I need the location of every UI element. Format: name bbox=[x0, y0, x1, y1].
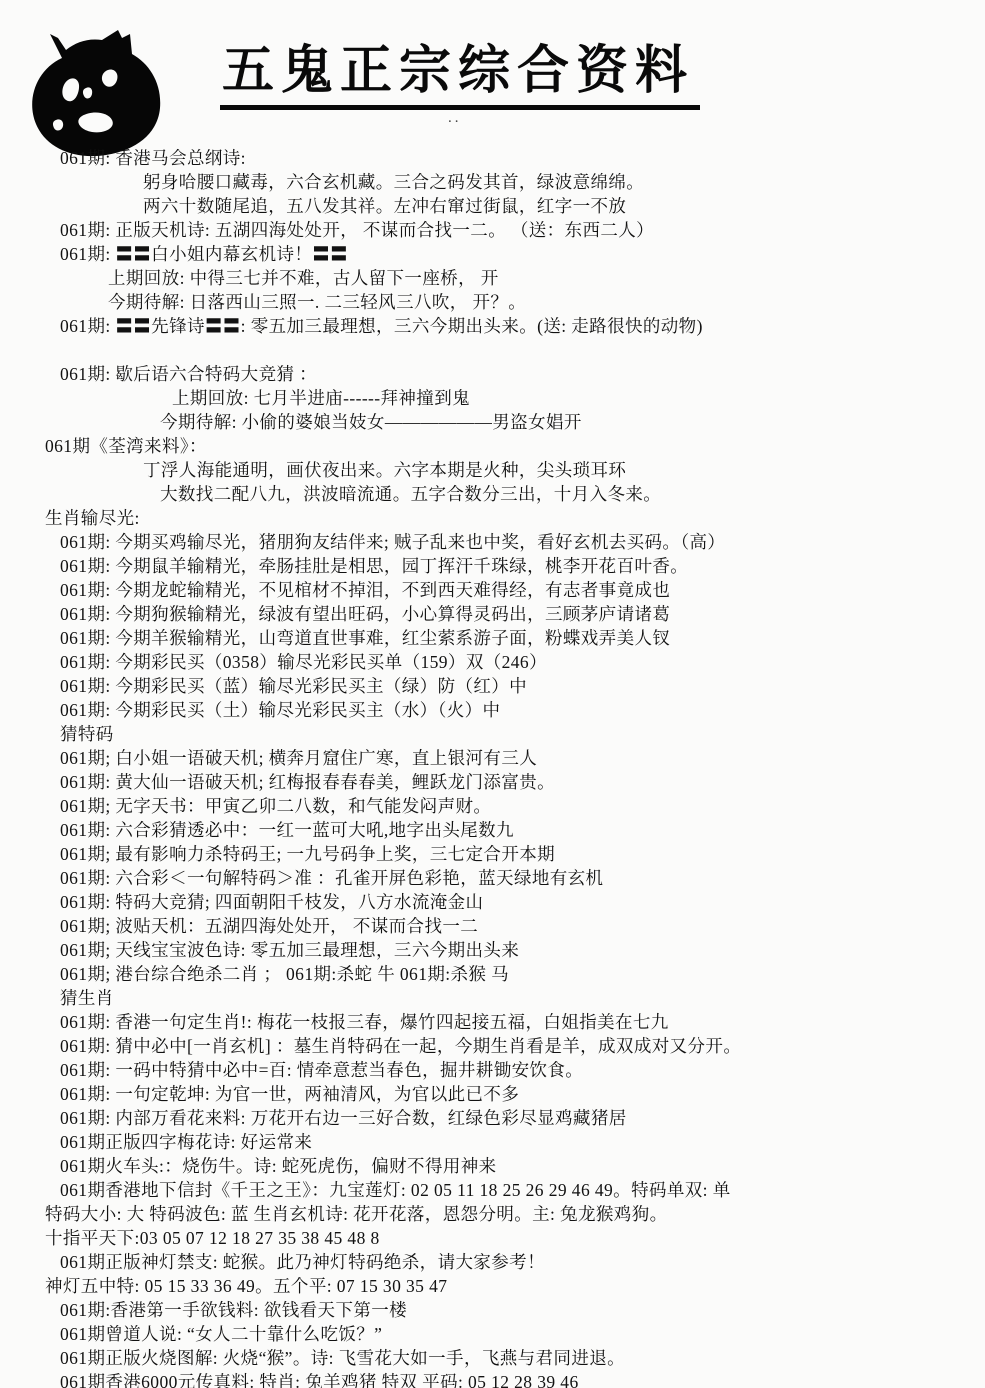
doc-line: 061期: 〓〓先锋诗〓〓: 零五加三最理想，三六今期出头来。(送: 走路很快的… bbox=[0, 314, 985, 338]
doc-line: 061期: 黄大仙一语破天机; 红梅报春春春美，鲤跃龙门添富贵。 bbox=[0, 770, 985, 794]
doc-line: 061期: 今期羊猴输精光，山弯道直世事难，红尘萦系游子面，粉蝶戏弄美人钗 bbox=[0, 626, 985, 650]
doc-line: 丁浮人海能通明，画伏夜出来。六字本期是火种，尖头琐耳环 bbox=[0, 458, 985, 482]
doc-line: 061期: 一句定乾坤: 为官一世，两袖清风，为官以此已不多 bbox=[0, 1082, 985, 1106]
doc-line: 061期曾道人说: “女人二十靠什么吃饭？” bbox=[0, 1322, 985, 1346]
doc-line: 061期正版火烧图解: 火烧“猴”。诗: 飞雪花大如一手，飞燕与君同进退。 bbox=[0, 1346, 985, 1370]
page-header: 五鬼正宗综合资料 .. bbox=[0, 0, 985, 146]
ghost-ink-logo-icon bbox=[22, 28, 170, 160]
doc-line: 061期《荃湾来料》： bbox=[0, 434, 985, 458]
doc-line: 今期待解: 小偷的婆娘当妓女——————男盗女娼开 bbox=[0, 410, 985, 434]
doc-line: 061期:香港第一手欲钱料: 欲钱看天下第一楼 bbox=[0, 1298, 985, 1322]
doc-line: 特码大小: 大 特码波色: 蓝 生肖玄机诗: 花开花落，恩怨分明。主: 兔龙猴鸡… bbox=[0, 1202, 985, 1226]
doc-line: 061期: 今期彩民买（0358）输尽光彩民买单（159）双（246） bbox=[0, 650, 985, 674]
doc-line: 061期: 香港马会总纲诗: bbox=[0, 146, 985, 170]
doc-line: 061期: 六合彩猜透必中：一红一蓝可大吼,地字出头尾数九 bbox=[0, 818, 985, 842]
doc-line: 061期; 无字天书：甲寅乙卯二八数，和气能发闷声财。 bbox=[0, 794, 985, 818]
doc-line: 猜生肖 bbox=[0, 986, 985, 1010]
doc-line: 061期; 最有影响力杀特码王; 一九号码争上奖，三七定合开本期 bbox=[0, 842, 985, 866]
doc-line: 061期: 今期彩民买（土）输尽光彩民买主（水）（火）中 bbox=[0, 698, 985, 722]
doc-line: 061期; 天线宝宝波色诗: 零五加三最理想，三六今期出头来 bbox=[0, 938, 985, 962]
doc-line: 神灯五中特: 05 15 33 36 49。五个平: 07 15 30 35 4… bbox=[0, 1274, 985, 1298]
doc-line: 061期: 今期买鸡输尽光，猪朋狗友结伴来; 贼子乱来也中奖，看好玄机去买码。（… bbox=[0, 530, 985, 554]
doc-line: 上期回放: 中得三七并不难，古人留下一座桥， 开 bbox=[0, 266, 985, 290]
doc-line: 061期; 港台综合绝杀二肖 ； 061期:杀蛇 牛 061期:杀猴 马 bbox=[0, 962, 985, 986]
page-title: 五鬼正宗综合资料 bbox=[220, 42, 700, 110]
doc-line: 躬身哈腰口藏毒，六合玄机藏。三合之码发其首，绿波意绵绵。 bbox=[0, 170, 985, 194]
doc-line: 061期: 特码大竞猜; 四面朝阳千枝发，八方水流淹金山 bbox=[0, 890, 985, 914]
doc-line: 061期: 今期彩民买（蓝）输尽光彩民买主（绿）防（红）中 bbox=[0, 674, 985, 698]
doc-line: 061期: 正版天机诗: 五湖四海处处开， 不谋而合找一二。 （送：东西二人） bbox=[0, 218, 985, 242]
doc-line: 061期: 香港一句定生肖!: 梅花一枝报三春，爆竹四起接五福，白姐指美在七九 bbox=[0, 1010, 985, 1034]
doc-line: 061期: 今期狗猴输精光，绿波有望出旺码，小心算得灵码出，三顾茅庐请诸葛 bbox=[0, 602, 985, 626]
doc-line: 061期火车头:：烧伤牛。诗: 蛇死虎伤，偏财不得用神来 bbox=[0, 1154, 985, 1178]
doc-line: 猜特码 bbox=[0, 722, 985, 746]
doc-line: 061期香港地下信封《千王之王》：九宝莲灯: 02 05 11 18 25 26… bbox=[0, 1178, 985, 1202]
doc-line: 061期: 歇后语六合特码大竞猜 ： bbox=[0, 362, 985, 386]
doc-line: 061期正版四字梅花诗: 好运常来 bbox=[0, 1130, 985, 1154]
doc-line: 061期香港6000元传真料: 特肖: 兔羊鸡猪 特双 平码: 05 12 28… bbox=[0, 1370, 985, 1388]
doc-line: 061期; 白小姐一语破天机; 横奔月窟住广寒，直上银河有三人 bbox=[0, 746, 985, 770]
doc-line: 061期: 一码中特猜中必中=百: 情牵意惹当春色，掘井耕锄安饮食。 bbox=[0, 1058, 985, 1082]
document-page: 五鬼正宗综合资料 .. 061期: 香港马会总纲诗:躬身哈腰口藏毒，六合玄机藏。… bbox=[0, 0, 985, 1388]
doc-line: 上期回放: 七月半进庙------拜神撞到鬼 bbox=[0, 386, 985, 410]
doc-line: 061期: 猜中必中[一肖玄机] ：墓生肖特码在一起，今期生肖看是羊，成双成对又… bbox=[0, 1034, 985, 1058]
document-body: 061期: 香港马会总纲诗:躬身哈腰口藏毒，六合玄机藏。三合之码发其首，绿波意绵… bbox=[0, 146, 985, 1388]
doc-line: 十指平天下:03 05 07 12 18 27 35 38 45 48 8 bbox=[0, 1226, 985, 1250]
doc-line: 大数找二配八九，洪波暗流通。五字合数分三出，十月入冬来。 bbox=[0, 482, 985, 506]
doc-line bbox=[0, 338, 985, 362]
title-dots: .. bbox=[448, 110, 462, 127]
doc-line: 061期: 六合彩＜一句解特码＞准 ：孔雀开屏色彩艳，蓝天绿地有玄机 bbox=[0, 866, 985, 890]
doc-line: 061期: 今期鼠羊输精光，牵肠挂肚是相思，园丁挥汗千珠绿，桃李开花百叶香。 bbox=[0, 554, 985, 578]
doc-line: 061期: 〓〓白小姐内幕玄机诗！〓〓 bbox=[0, 242, 985, 266]
doc-line: 061期; 波贴天机：五湖四海处处开， 不谋而合找一二 bbox=[0, 914, 985, 938]
doc-line: 061期: 内部万看花来料: 万花开右边一三好合数，红绿色彩尽显鸡藏猪居 bbox=[0, 1106, 985, 1130]
doc-line: 今期待解: 日落西山三照一. 二三轻风三八吹， 开？。 bbox=[0, 290, 985, 314]
doc-line: 生肖输尽光: bbox=[0, 506, 985, 530]
doc-line: 两六十数随尾追，五八发其祥。左冲右窜过街鼠，红字一不放 bbox=[0, 194, 985, 218]
doc-line: 061期正版神灯禁支: 蛇猴。此乃神灯特码绝杀，请大家参考！ bbox=[0, 1250, 985, 1274]
doc-line: 061期: 今期龙蛇输精光，不见棺材不掉泪，不到西天难得经，有志者事竟成也 bbox=[0, 578, 985, 602]
